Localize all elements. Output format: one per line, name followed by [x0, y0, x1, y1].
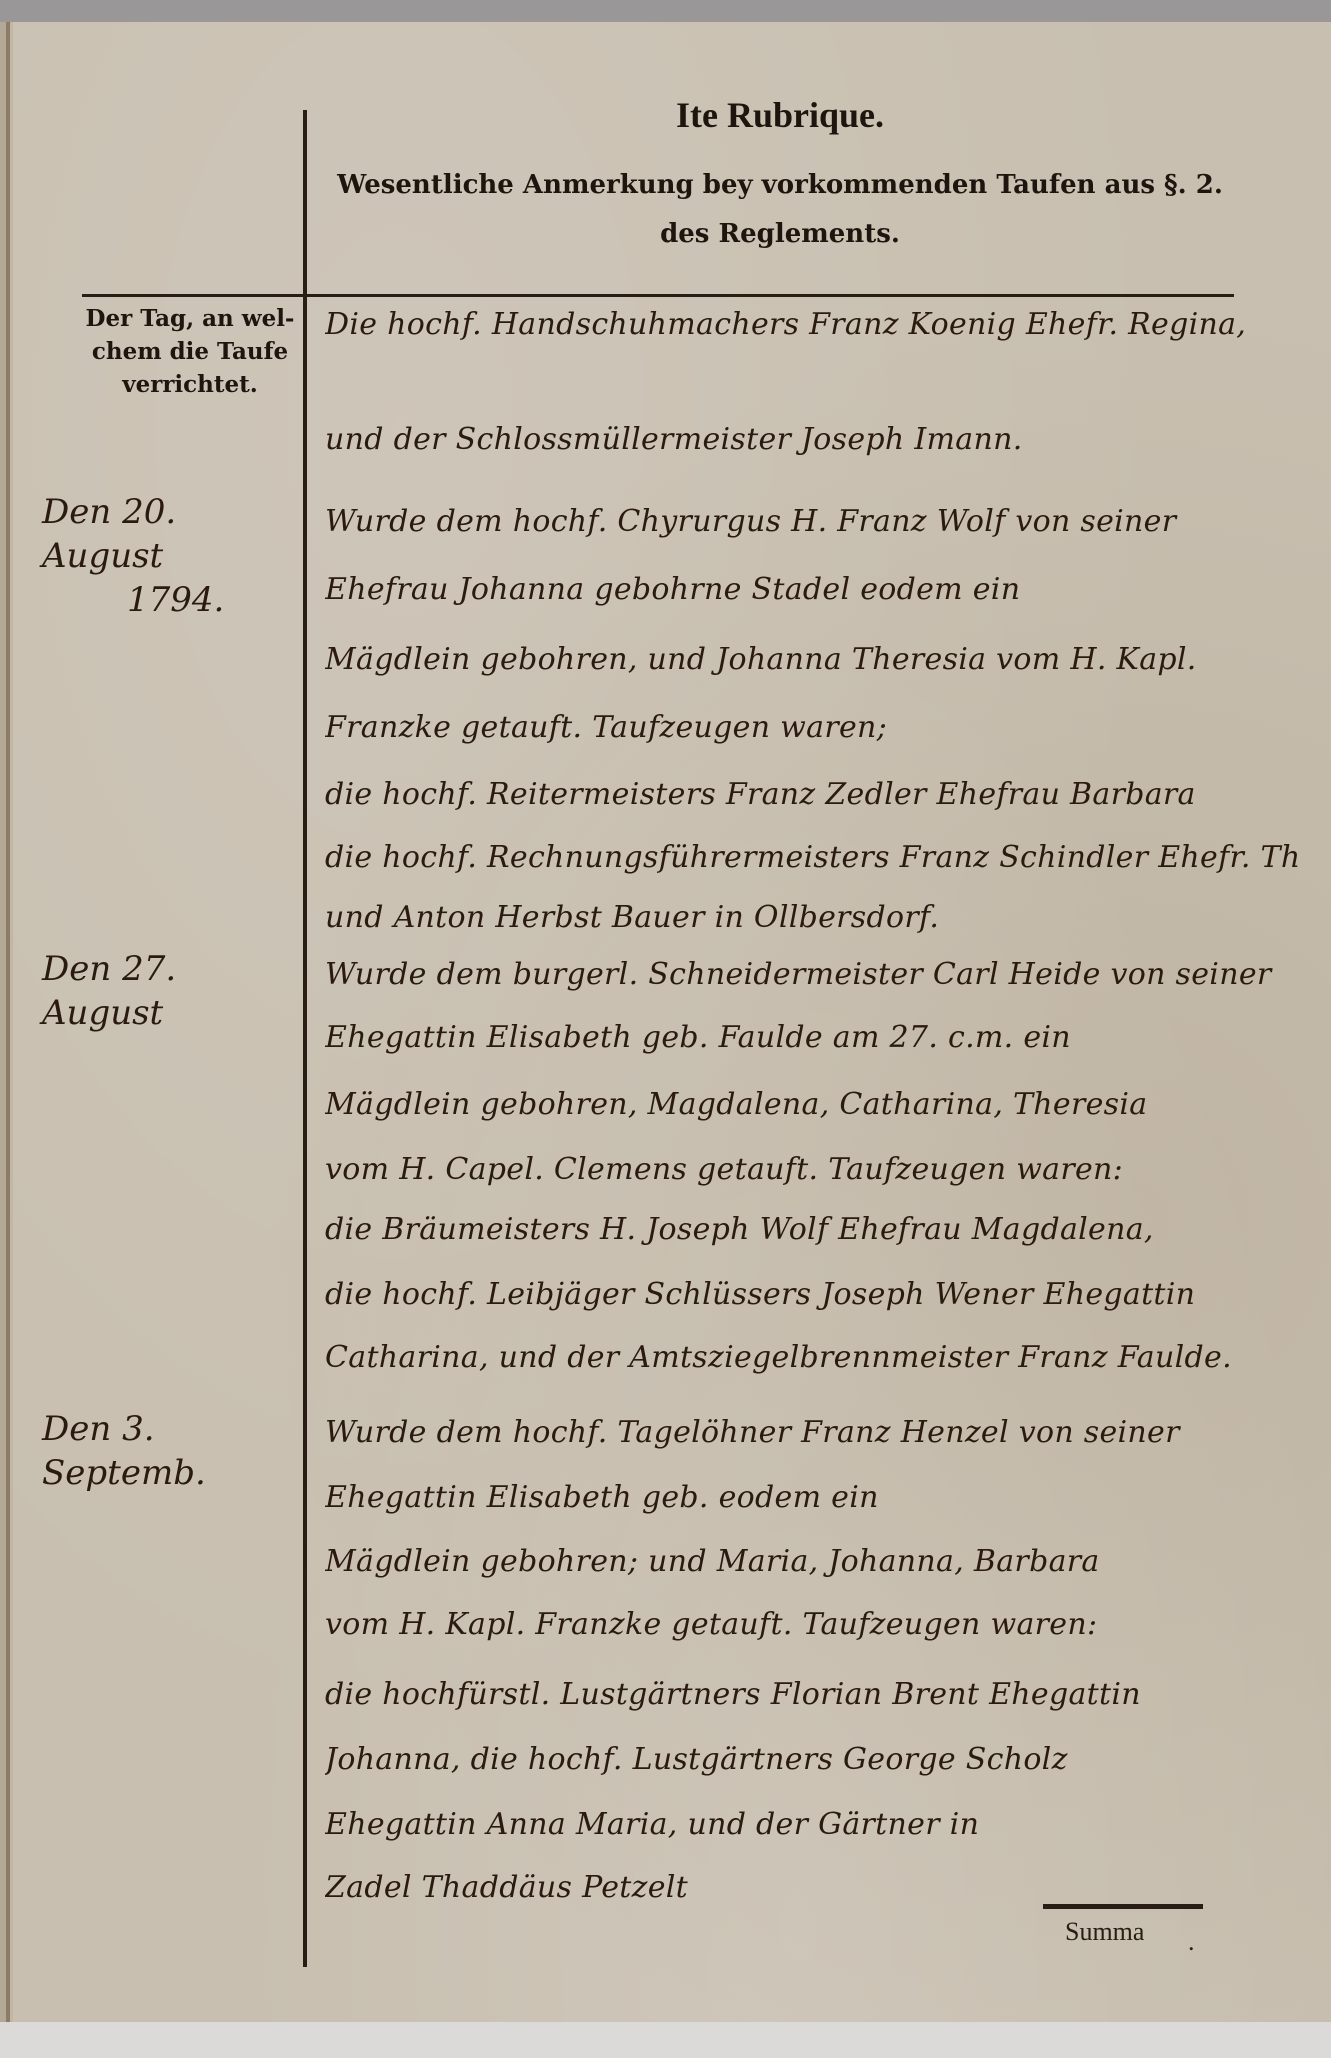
entry-line: die hochfürstl. Lustgärtners Florian Bre…: [325, 1677, 1300, 1712]
entry-line: Ehegattin Elisabeth geb. eodem ein: [325, 1480, 1300, 1515]
entry-date-year: 1794.: [42, 578, 302, 622]
entry-line: Johanna, die hochf. Lustgärtners George …: [325, 1742, 1300, 1777]
date-column-header-line: chem die Taufe: [80, 335, 300, 368]
entry-line: Mägdlein gebohren; und Maria, Johanna, B…: [325, 1544, 1300, 1579]
page-shadow: [0, 2022, 1331, 2058]
summa-label: Summa: [1065, 1917, 1144, 1947]
date-column-header-line: verrichtet.: [80, 368, 300, 401]
entry-line: die hochf. Leibjäger Schlüssers Joseph W…: [325, 1277, 1300, 1312]
date-column-header-line: Der Tag, an wel-: [80, 302, 300, 335]
entry-date: Den 3. Septemb.: [42, 1407, 302, 1495]
entry-date-day: Den 27. August: [42, 947, 302, 1035]
register-page: Ite Rubrique. Wesentliche Anmerkung bey …: [0, 22, 1331, 2024]
entry-line: Wurde dem hochf. Chyrurgus H. Franz Wolf…: [325, 504, 1300, 539]
page-subtitle-line1: Wesentliche Anmerkung bey vorkommenden T…: [330, 170, 1230, 200]
date-column-header: Der Tag, an wel- chem die Taufe verricht…: [80, 302, 300, 401]
entry-date-day: Den 20. August: [42, 490, 302, 578]
entry-line: Ehegattin Elisabeth geb. Faulde am 27. c…: [325, 1020, 1300, 1055]
entry-line: die hochf. Reitermeisters Franz Zedler E…: [325, 777, 1300, 812]
entry-line: Ehegattin Anna Maria, und der Gärtner in: [325, 1807, 1300, 1842]
entry-line: Mägdlein gebohren, und Johanna Theresia …: [325, 642, 1300, 677]
entry-line: die Bräumeisters H. Joseph Wolf Ehefrau …: [325, 1212, 1300, 1247]
entry-date: Den 27. August: [42, 947, 302, 1035]
entry-line: und Anton Herbst Bauer in Ollbersdorf.: [325, 900, 1300, 935]
entry-line: Mägdlein gebohren, Magdalena, Catharina,…: [325, 1087, 1300, 1122]
entry-line: und der Schlossmüllermeister Joseph Iman…: [325, 422, 1300, 457]
header-rule-horizontal: [82, 294, 1234, 297]
entry-line: die hochf. Rechnungsführermeisters Franz…: [325, 840, 1300, 875]
summa-value: .: [1188, 1927, 1195, 1957]
entry-line: Wurde dem hochf. Tagelöhner Franz Henzel…: [325, 1415, 1300, 1450]
entry-line: Catharina, und der Amtsziegelbrennmeiste…: [325, 1340, 1300, 1375]
page-title: Ite Rubrique.: [330, 94, 1230, 136]
entry-line: Ehefrau Johanna gebohrne Stadel eodem ei…: [325, 572, 1300, 607]
entry-line: vom H. Kapl. Franzke getauft. Taufzeugen…: [325, 1607, 1300, 1642]
entry-line: vom H. Capel. Clemens getauft. Taufzeuge…: [325, 1152, 1300, 1187]
entry-date: Den 20. August 1794.: [42, 490, 302, 622]
entry-line: Wurde dem burgerl. Schneidermeister Carl…: [325, 957, 1300, 992]
entry-line: Die hochf. Handschuhmachers Franz Koenig…: [325, 307, 1300, 342]
entry-date-day: Den 3. Septemb.: [42, 1407, 302, 1495]
page-subtitle-line2: des Reglements.: [330, 219, 1230, 249]
entry-line: Zadel Thaddäus Petzelt: [325, 1870, 1300, 1905]
summa-rule: [1043, 1904, 1203, 1909]
column-divider-vertical: [303, 110, 307, 1967]
entry-line: Franzke getauft. Taufzeugen waren;: [325, 710, 1300, 745]
